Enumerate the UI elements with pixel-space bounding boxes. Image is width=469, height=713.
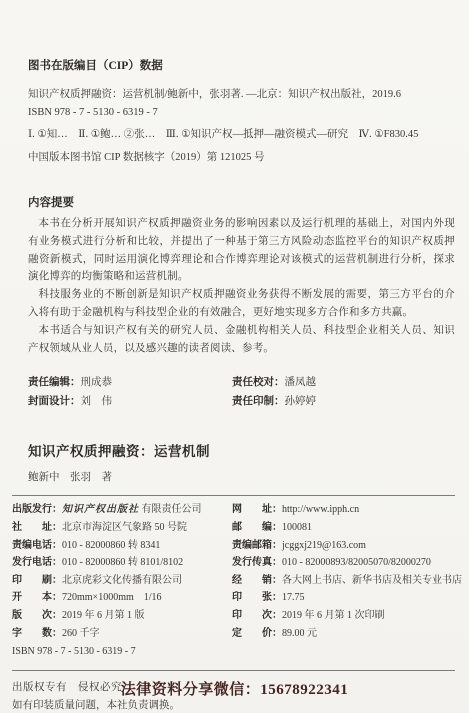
colophon-value: jcggxj219@163.com: [282, 540, 366, 551]
colophon-row-impression: 印 次：2019 年 6 月第 1 次印刷: [232, 607, 462, 625]
colophon-label: 开 本：: [12, 592, 62, 603]
cip-classification: Ⅰ. ①知… Ⅱ. ①鲍… ②张… Ⅲ. ①知识产权—抵押—融资模式—研究 Ⅳ.…: [28, 126, 455, 144]
colophon-label: 发行传真：: [232, 557, 282, 568]
abstract-paragraph: 本书在分析开展知识产权质押融资业务的影响因素以及运行机理的基础上，对国内外现有业…: [28, 215, 455, 286]
colophon-row-editor-email: 责编邮箱：jcggxj219@163.com: [232, 537, 462, 555]
colophon-row-edition: 版 次：2019 年 6 月第 1 版: [12, 607, 232, 625]
book-copyright-page: 图书在版编目（CIP）数据 知识产权质押融资：运营机制/鲍新中，张羽著. —北京…: [0, 0, 469, 713]
cip-section: 图书在版编目（CIP）数据 知识产权质押融资：运营机制/鲍新中，张羽著. —北京…: [28, 57, 455, 167]
colophon-row-website: 网 址：http://www.ipph.cn: [232, 501, 462, 519]
colophon-value: http://www.ipph.cn: [282, 504, 359, 515]
cip-title-line: 知识产权质押融资：运营机制/鲍新中，张羽著. —北京：知识产权出版社，2019.…: [28, 86, 455, 104]
staff-cell-editor: 责任编辑：刑成恭: [28, 373, 232, 392]
colophon-label: 责编邮箱：: [232, 540, 282, 551]
colophon-label: 定 价：: [232, 628, 282, 639]
abstract-paragraph: 本书适合与知识产权有关的研究人员、金融机构相关人员、科技型企业相关人员、知识产权…: [28, 322, 455, 358]
colophon-row-word-count: 字 数：260 千字: [12, 625, 232, 643]
publisher-suffix: 有限责任公司: [139, 504, 202, 515]
cip-heading: 图书在版编目（CIP）数据: [28, 57, 455, 73]
colophon-value: 89.00 元: [282, 628, 317, 639]
staff-value: 潘凤越: [285, 377, 317, 388]
colophon-row-address: 社 址：北京市海淀区气象路 50 号院: [12, 519, 232, 537]
colophon-value: 北京虎彩文化传播有限公司: [62, 575, 182, 586]
abstract-heading: 内容提要: [28, 194, 455, 210]
colophon-label: 邮 编：: [232, 522, 282, 533]
title-block: 知识产权质押融资：运营机制 鲍新中 张羽 著: [28, 440, 455, 484]
staff-label: 责任编辑：: [28, 377, 81, 388]
staff-cell-print-manager: 责任印制：孙婷婷: [232, 392, 455, 411]
quality-notice-line: 如有印装质量问题，本社负责调换。: [12, 697, 455, 713]
staff-value: 刑成恭: [81, 377, 113, 388]
colophon-label: 社 址：: [12, 522, 62, 533]
staff-cell-cover-designer: 封面设计：刘 伟: [28, 392, 232, 411]
colophon-value: 北京市海淀区气象路 50 号院: [62, 522, 187, 533]
colophon-value: 720mm×1000mm 1/16: [62, 592, 162, 603]
colophon-value: 2019 年 6 月第 1 次印刷: [282, 610, 385, 621]
colophon-label: 责编电话：: [12, 540, 62, 551]
staff-cell-proofreader: 责任校对：潘凤越: [232, 373, 455, 392]
colophon-label: 印 刷：: [12, 575, 62, 586]
colophon-row-format: 开 本：720mm×1000mm 1/16: [12, 589, 232, 607]
wechat-watermark: 法律资料分享微信：15678922341: [0, 678, 469, 699]
abstract-paragraph: 科技服务业的不断创新是知识产权质押融资业务获得不断发展的需要，第三方平台的介入将…: [28, 286, 455, 322]
colophon-row-sheets: 印 张：17.75: [232, 589, 462, 607]
colophon-label: 出版发行：: [12, 504, 62, 515]
staff-value: 孙婷婷: [285, 396, 317, 407]
colophon-isbn: ISBN 978 - 7 - 5130 - 6319 - 7: [12, 643, 232, 661]
colophon-value: 010 - 82000893/82005070/82000270: [282, 557, 431, 568]
colophon: 出版发行：知识产权出版社 有限责任公司 社 址：北京市海淀区气象路 50 号院 …: [12, 495, 455, 670]
staff-row: 封面设计：刘 伟 责任印制：孙婷婷: [28, 392, 455, 411]
colophon-left-column: 出版发行：知识产权出版社 有限责任公司 社 址：北京市海淀区气象路 50 号院 …: [12, 501, 232, 660]
book-authors: 鲍新中 张羽 著: [28, 469, 455, 484]
colophon-value: 010 - 82000860 转 8101/8102: [62, 557, 183, 568]
colophon-label: 版 次：: [12, 610, 62, 621]
colophon-row-price: 定 价：89.00 元: [232, 625, 462, 643]
colophon-row-postcode: 邮 编：100081: [232, 519, 462, 537]
staff-credits: 责任编辑：刑成恭 责任校对：潘凤越 封面设计：刘 伟 责任印制：孙婷婷: [28, 373, 455, 411]
publisher-logotype: 知识产权出版社: [62, 504, 139, 515]
staff-label: 封面设计：: [28, 396, 81, 407]
book-title: 知识产权质押融资：运营机制: [28, 440, 455, 460]
colophon-value: 2019 年 6 月第 1 版: [62, 610, 145, 621]
cip-isbn-line: ISBN 978 - 7 - 5130 - 6319 - 7: [28, 104, 455, 122]
colophon-label: 印 次：: [232, 610, 282, 621]
staff-label: 责任校对：: [232, 377, 285, 388]
colophon-right-column: 网 址：http://www.ipph.cn 邮 编：100081 责编邮箱：j…: [232, 501, 462, 660]
colophon-row-printer: 印 刷：北京虎彩文化传播有限公司: [12, 572, 232, 590]
colophon-value: 100081: [282, 522, 312, 533]
colophon-value: 010 - 82000860 转 8341: [62, 540, 160, 551]
staff-label: 责任印制：: [232, 396, 285, 407]
colophon-label: 经 销：: [232, 575, 282, 586]
colophon-label: 字 数：: [12, 628, 62, 639]
colophon-value: 各大网上书店、新华书店及相关专业书店: [282, 575, 462, 586]
colophon-value: 260 千字: [62, 628, 100, 639]
cip-record-number: 中国版本图书馆 CIP 数据核字（2019）第 121025 号: [28, 149, 455, 167]
colophon-row-editor-phone: 责编电话：010 - 82000860 转 8341: [12, 537, 232, 555]
colophon-label: 发行电话：: [12, 557, 62, 568]
colophon-row-distributors: 经 销：各大网上书店、新华书店及相关专业书店: [232, 572, 462, 590]
colophon-row-publisher: 出版发行：知识产权出版社 有限责任公司: [12, 501, 232, 519]
colophon-label: 印 张：: [232, 592, 282, 603]
colophon-row-fax: 发行传真：010 - 82000893/82005070/82000270: [232, 554, 462, 572]
abstract-section: 内容提要 本书在分析开展知识产权质押融资业务的影响因素以及运行机理的基础上，对国…: [28, 194, 455, 357]
cip-body: 知识产权质押融资：运营机制/鲍新中，张羽著. —北京：知识产权出版社，2019.…: [28, 86, 455, 122]
colophon-value: 17.75: [282, 592, 305, 603]
staff-row: 责任编辑：刑成恭 责任校对：潘凤越: [28, 373, 455, 392]
colophon-row-distribution-phone: 发行电话：010 - 82000860 转 8101/8102: [12, 554, 232, 572]
staff-value: 刘 伟: [81, 396, 113, 407]
colophon-label: 网 址：: [232, 504, 282, 515]
